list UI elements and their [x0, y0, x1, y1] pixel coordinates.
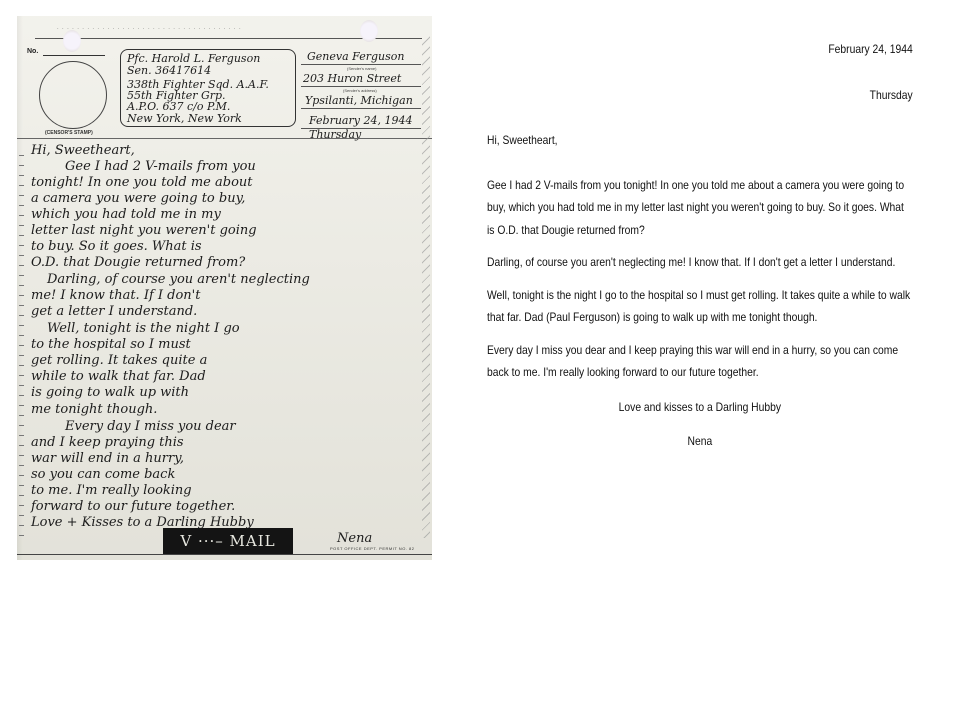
divider: [301, 86, 421, 87]
signature: Nena: [487, 430, 913, 453]
handwritten-line: to buy. So it goes. What is: [31, 239, 202, 254]
punch-hole: [360, 20, 378, 42]
permit-text: POST OFFICE DEPT. PERMIT NO. 82: [330, 546, 414, 551]
handwritten-line: get rolling. It takes quite a: [31, 353, 207, 368]
handwritten-line: and I keep praying this: [31, 435, 184, 450]
handwritten-line: Well, tonight is the night I go: [47, 321, 240, 336]
paragraph: Darling, of course you aren't neglecting…: [487, 251, 913, 274]
paragraph: Every day I miss you dear and I keep pra…: [487, 339, 913, 384]
letter-weekday: Thursday: [309, 128, 361, 141]
divider: [17, 554, 432, 555]
vmail-scan-image: · · · · · · · · · · · · · · · · · · · · …: [17, 16, 432, 560]
censor-stamp-label: (CENSOR'S STAMP): [45, 130, 93, 136]
number-label: No.: [27, 48, 38, 55]
handwritten-line: while to walk that far. Dad: [31, 369, 206, 384]
handwritten-line: Every day I miss you dear: [65, 419, 236, 434]
number-line: [43, 55, 105, 56]
handwritten-line: get a letter I understand.: [31, 304, 197, 319]
handwritten-line: a camera you were going to buy,: [31, 191, 245, 206]
closing: Love and kisses to a Darling Hubby: [487, 396, 913, 419]
handwritten-line: Darling, of course you aren't neglecting: [47, 272, 310, 287]
letter-transcription: February 24, 1944 Thursday Hi, Sweethear…: [487, 38, 913, 453]
handwritten-line: tonight! In one you told me about: [31, 175, 253, 190]
censor-stamp-circle: [39, 61, 107, 129]
handwritten-line: me! I know that. If I don't: [31, 288, 200, 303]
greeting: Hi, Sweetheart,: [487, 129, 913, 152]
handwritten-line: Hi, Sweetheart,: [31, 143, 135, 158]
sender-address-line: 203 Huron Street: [303, 72, 401, 85]
handwritten-line: Gee I had 2 V-mails from you: [65, 159, 256, 174]
handwritten-line: to me. I'm really looking: [31, 483, 192, 498]
divider: [301, 108, 421, 109]
sender-name-caption: (Sender's name): [347, 66, 376, 71]
paragraph: Gee I had 2 V-mails from you tonight! In…: [487, 174, 913, 242]
divider: [17, 138, 432, 139]
punch-hole: [63, 30, 81, 52]
letter-weekday: Thursday: [487, 84, 913, 107]
sender-address-caption: (Sender's address): [343, 88, 377, 93]
handwritten-line: war will end in a hurry,: [31, 451, 184, 466]
handwritten-signature: Nena: [337, 531, 372, 546]
divider: [301, 64, 421, 65]
sender-name: Geneva Ferguson: [307, 50, 404, 63]
handwritten-line: to the hospital so I must: [31, 337, 191, 352]
handwritten-line: which you had told me in my: [31, 207, 221, 222]
handwritten-line: forward to our future together.: [31, 499, 235, 514]
left-margin-ticks: [19, 146, 24, 536]
handwritten-line: so you can come back: [31, 467, 175, 482]
handwritten-line: O.D. that Dougie returned from?: [31, 255, 245, 270]
handwritten-line: is going to walk up with: [31, 385, 189, 400]
letter-date: February 24, 1944: [309, 114, 412, 127]
paragraph: Well, tonight is the night I go to the h…: [487, 284, 913, 329]
recipient-line: New York, New York: [127, 112, 242, 125]
right-margin-hatch: [422, 36, 430, 538]
handwritten-line: letter last night you weren't going: [31, 223, 257, 238]
sender-address-line: Ypsilanti, Michigan: [305, 94, 413, 107]
recipient-line: Sen. 36417614: [127, 64, 211, 77]
handwritten-line: me tonight though.: [31, 402, 157, 417]
letter-date: February 24, 1944: [487, 38, 913, 61]
vmail-badge: V ···– MAIL: [163, 528, 293, 554]
form-instructions: · · · · · · · · · · · · · · · · · · · · …: [57, 26, 392, 32]
